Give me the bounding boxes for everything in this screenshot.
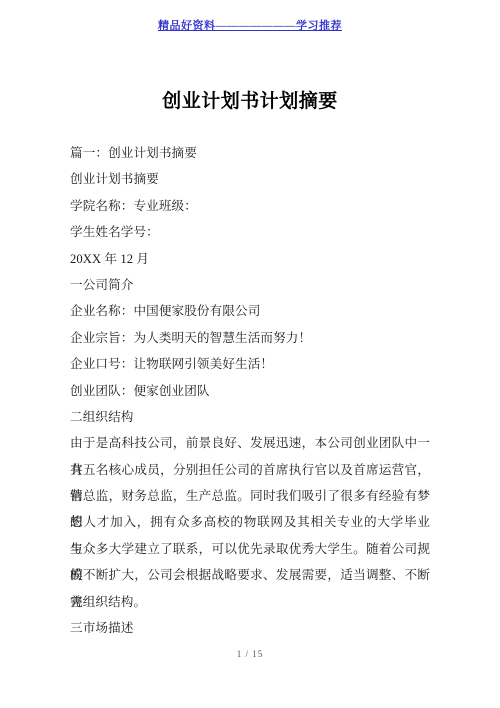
text-line: 与众多大学建立了联系，可以优先录取优秀大学生。随着公司规模 [70,536,430,562]
text-line: 企业口号：让物联网引领美好生活！ [70,351,430,377]
text-line: 善组织结构。 [70,589,430,615]
text-line: 篇一：创业计划书摘要 [70,140,430,166]
text-line: 20XX 年 12 月 [70,246,430,272]
text-line: 创业团队：便家创业团队 [70,378,430,404]
text-line: 企业宗旨：为人类明天的智慧生活而努力！ [70,325,430,351]
text-line: 有五名核心成员，分别担任公司的首席执行官以及首席运营官，营 [70,457,430,483]
text-line: 销总监，财务总监，生产总监。同时我们吸引了很多有经验有梦想 [70,483,430,509]
text-line: 学生姓名学号： [70,219,430,245]
document-page: 精品好资料———————学习推荐 创业计划书计划摘要 篇一：创业计划书摘要 创业… [0,0,500,708]
text-line: 创业计划书摘要 [70,166,430,192]
header-promo-link[interactable]: 精品好资料———————学习推荐 [0,17,500,33]
document-body: 篇一：创业计划书摘要 创业计划书摘要 学院名称：专业班级： 学生姓名学号： 20… [70,140,430,641]
text-line: 一公司简介 [70,272,430,298]
page-number-indicator: 1 / 15 [0,649,500,659]
text-line: 学院名称：专业班级： [70,193,430,219]
text-line: 三市场描述 [70,615,430,641]
page-title: 创业计划书计划摘要 [0,86,500,113]
text-line: 企业名称：中国便家股份有限公司 [70,298,430,324]
text-line: 的人才加入，拥有众多高校的物联网及其相关专业的大学毕业生， [70,509,430,535]
text-line: 由于是高科技公司，前景良好、发展迅速，本公司创业团队中一共 [70,430,430,456]
text-line: 二组织结构 [70,404,430,430]
text-line: 的不断扩大，公司会根据战略要求、发展需要，适当调整、不断完 [70,562,430,588]
